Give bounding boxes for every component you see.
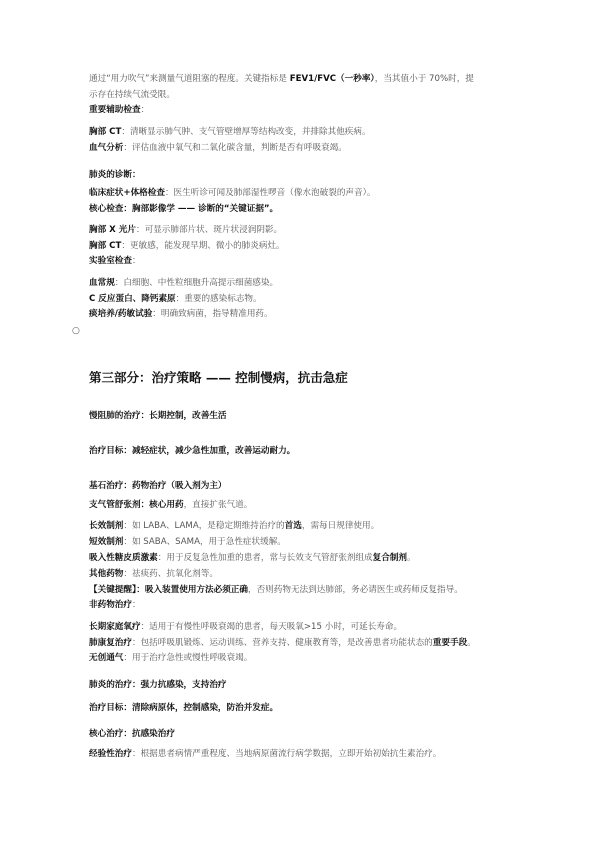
lab-item: C 反应蛋白、降钙素原：重要的感染标志物。	[89, 293, 262, 305]
niv: 无创通气：用于治疗急性或慢性呼吸衰竭。	[89, 652, 252, 664]
bronchodilator: 支气管舒张剂：核心用药，直接扩张气道。	[89, 499, 252, 511]
aux-exam-heading: 重要辅助检查：	[89, 104, 149, 116]
text: ：祛痰药、抗氧化剂等。	[123, 569, 218, 579]
intro-line-2: 示存在持续气流受限。	[89, 89, 175, 101]
text: ：包括呼吸肌锻炼、运动训练、营养支持、健康教育等，是改善患者功能状态的	[132, 638, 433, 648]
pneumonia-tx-heading: 肺炎的治疗：强力抗感染，支持治疗	[89, 679, 227, 691]
label: 长效制剂	[89, 521, 123, 531]
section-title: 第三部分：治疗策略 —— 控制慢病，抗击急症	[89, 368, 348, 386]
colon: ：	[141, 105, 150, 115]
core-treatment: 核心治疗：抗感染治疗	[89, 728, 175, 740]
text: 通过“用力吹气”来测量气道阻塞的程度。关键指标是	[89, 74, 290, 84]
label: 胸部 CT	[89, 241, 121, 251]
text: ：更敏感，能发现早期、微小的肺炎病灶。	[121, 241, 284, 251]
label: 肺康复治疗	[89, 638, 132, 648]
intro-line-1: 通过“用力吹气”来测量气道阻塞的程度。关键指标是 FEV1/FVC（一秒率），当…	[89, 73, 474, 85]
emphasis: 复合制剂	[373, 553, 407, 563]
label: 血气分析	[89, 143, 123, 153]
copd-heading: 慢阻肺的治疗：长期控制，改善生活	[89, 410, 227, 422]
label: 胸部 X 光片	[89, 225, 136, 235]
label: 血常规	[89, 278, 115, 288]
emphasis: 首选	[285, 521, 302, 531]
label: 吸入性糖皮质激素	[89, 553, 158, 563]
heading: 非药物治疗	[89, 600, 132, 610]
short-acting: 短效制剂：如 SABA、SAMA，用于急性症状缓解。	[89, 536, 286, 548]
label: 胸部 CT	[89, 127, 121, 137]
lab-item: 痰培养/药敏试验：明确致病菌，指导精准用药。	[89, 308, 273, 320]
emphasis: 重要手段	[433, 638, 467, 648]
label: 无创通气	[89, 653, 123, 663]
label: 临床症状+体格检查	[89, 188, 165, 198]
label: 支气管舒张剂	[89, 500, 141, 510]
text: ：重要的感染标志物。	[176, 294, 262, 304]
lab-heading: 实验室检查：	[89, 255, 141, 267]
label: 短效制剂	[89, 537, 123, 547]
label: 痰培养/药敏试验	[89, 309, 152, 319]
other-drugs: 其他药物：祛痰药、抗氧化剂等。	[89, 568, 218, 580]
text: ：明确致病菌，指导精准用药。	[152, 309, 272, 319]
pneumonia-dx-heading: 肺炎的诊断：	[89, 169, 141, 181]
lab-item: 血常规：白细胞、中性粒细胞升高提示细菌感染。	[89, 277, 278, 289]
imaging-item: 胸部 CT：更敏感，能发现早期、微小的肺炎病灶。	[89, 240, 285, 252]
aux-exam-item: 血气分析：评估血液中氧气和二氧化碳含量，判断是否有呼吸衰竭。	[89, 142, 347, 154]
key-indicator: FEV1/FVC（一秒率）	[290, 74, 375, 84]
copd-goal: 治疗目标：减轻症状，减少急性加重，改善运动耐力。	[89, 445, 295, 457]
label: 其他药物	[89, 569, 123, 579]
text: ：白细胞、中性粒细胞升高提示细菌感染。	[115, 278, 278, 288]
text: 。	[467, 638, 476, 648]
colon: ：	[132, 256, 141, 266]
label: 长期家庭氧疗	[89, 622, 141, 632]
label: C 反应蛋白、降钙素原	[89, 294, 176, 304]
pulmonary-rehab: 肺康复治疗：包括呼吸肌锻炼、运动训练、营养支持、健康教育等，是改善患者功能状态的…	[89, 637, 476, 649]
text: ：根据患者病情严重程度、当地病原菌流行病学数据，立即开始初始抗生素治疗。	[132, 749, 441, 759]
text: ：清晰显示肺气肿、支气管壁增厚等结构改变，并排除其他疾病。	[121, 127, 370, 137]
text: ，当其值小于 70%时，提	[375, 74, 474, 84]
aux-exam-item: 胸部 CT：清晰显示肺气肿、支气管壁增厚等结构改变，并排除其他疾病。	[89, 126, 371, 138]
text: 。	[407, 553, 416, 563]
heading: 实验室检查	[89, 256, 132, 266]
text: ：可显示肺部片状、斑片状浸润阴影。	[136, 225, 282, 235]
text: ：评估血液中氧气和二氧化碳含量，判断是否有呼吸衰竭。	[123, 143, 346, 153]
emphasis: ：核心用药	[141, 500, 184, 510]
pneumonia-goal: 治疗目标：清除病原体，控制感染，防治并发症。	[89, 702, 278, 714]
text: ：如 SABA、SAMA，用于急性症状缓解。	[123, 537, 286, 547]
empiric-treatment: 经验性治疗：根据患者病情严重程度、当地病原菌流行病学数据，立即开始初始抗生素治疗…	[89, 748, 441, 760]
ics: 吸入性糖皮质激素：用于反复急性加重的患者，常与长效支气管舒张剂组成复合制剂。	[89, 552, 416, 564]
imaging-item: 胸部 X 光片：可显示肺部片状、斑片状浸润阴影。	[89, 224, 282, 236]
key-tip: 【关键提醒】：吸入装置使用方法必须正确，否则药物无法到达肺部，务必请医生或药师反…	[89, 584, 463, 596]
clinical-exam: 临床症状+体格检查：医生听诊可闻及肺部湿性啰音（像水泡破裂的声音）。	[89, 187, 376, 199]
label: 【关键提醒】：吸入装置使用方法必须正确	[89, 585, 248, 595]
text: ，直接扩张气道。	[184, 500, 253, 510]
text: ，需每日规律使用。	[302, 521, 379, 531]
text: ，否则药物无法到达肺部，务必请医生或药师反复指导。	[248, 585, 463, 595]
text: ：用于反复急性加重的患者，常与长效支气管舒张剂组成	[158, 553, 373, 563]
nondrug-heading: 非药物治疗：	[89, 599, 141, 611]
text: ：医生听诊可闻及肺部湿性啰音（像水泡破裂的声音）。	[165, 188, 376, 198]
colon: ：	[132, 600, 141, 610]
long-acting: 长效制剂：如 LABA、LAMA，是稳定期维持治疗的首选，需每日规律使用。	[89, 520, 379, 532]
core-exam: 核心检查：胸部影像学 —— 诊断的“关键证据”。	[89, 203, 278, 215]
text: ：适用于有慢性呼吸衰竭的患者，每天吸氧>15 小时，可延长寿命。	[141, 622, 403, 632]
heading: 重要辅助检查	[89, 105, 141, 115]
text: ：如 LABA、LAMA，是稳定期维持治疗的	[123, 521, 284, 531]
oxygen-therapy: 长期家庭氧疗：适用于有慢性呼吸衰竭的患者，每天吸氧>15 小时，可延长寿命。	[89, 621, 402, 633]
drug-heading: 基石治疗：药物治疗（吸入剂为主）	[89, 480, 227, 492]
text: ：用于治疗急性或慢性呼吸衰竭。	[123, 653, 252, 663]
label: 经验性治疗	[89, 749, 132, 759]
bullet-icon: ○	[72, 326, 80, 336]
